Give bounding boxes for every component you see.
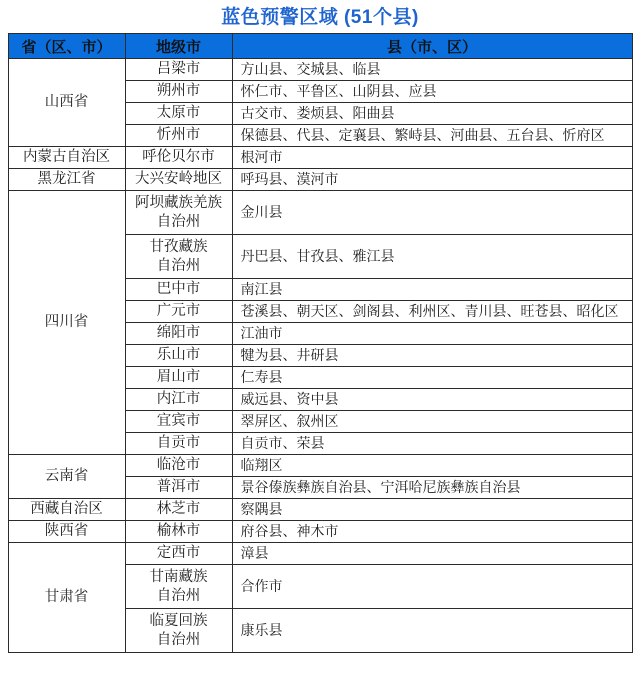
province-cell: 内蒙古自治区 <box>8 147 125 169</box>
province-cell: 西藏自治区 <box>8 499 125 521</box>
counties-cell: 威远县、资中县 <box>232 389 632 411</box>
province-cell: 山西省 <box>8 59 125 147</box>
counties-cell: 南江县 <box>232 279 632 301</box>
city-cell: 眉山市 <box>125 367 232 389</box>
city-cell: 甘孜藏族 自治州 <box>125 235 232 279</box>
city-cell: 绵阳市 <box>125 323 232 345</box>
counties-cell: 察隅县 <box>232 499 632 521</box>
city-cell: 定西市 <box>125 543 232 565</box>
city-cell: 林芝市 <box>125 499 232 521</box>
counties-cell: 犍为县、井研县 <box>232 345 632 367</box>
city-cell: 内江市 <box>125 389 232 411</box>
counties-cell: 古交市、娄烦县、阳曲县 <box>232 103 632 125</box>
counties-cell: 保德县、代县、定襄县、繁峙县、河曲县、五台县、忻府区 <box>232 125 632 147</box>
counties-cell: 康乐县 <box>232 609 632 653</box>
counties-cell: 江油市 <box>232 323 632 345</box>
province-cell: 黑龙江省 <box>8 169 125 191</box>
city-cell: 呼伦贝尔市 <box>125 147 232 169</box>
warning-table: 省（区、市） 地级市 县（市、区） 山西省吕梁市方山县、交城县、临县朔州市怀仁市… <box>8 33 633 653</box>
table-row: 甘肃省定西市漳县 <box>8 543 632 565</box>
province-cell: 陕西省 <box>8 521 125 543</box>
city-cell: 朔州市 <box>125 81 232 103</box>
counties-cell: 呼玛县、漠河市 <box>232 169 632 191</box>
table-row: 山西省吕梁市方山县、交城县、临县 <box>8 59 632 81</box>
table-row: 陕西省榆林市府谷县、神木市 <box>8 521 632 543</box>
city-cell: 太原市 <box>125 103 232 125</box>
city-cell: 临沧市 <box>125 455 232 477</box>
city-cell: 甘南藏族 自治州 <box>125 565 232 609</box>
header-cell-counties: 县（市、区） <box>232 34 632 59</box>
counties-cell: 景谷傣族彝族自治县、宁洱哈尼族彝族自治县 <box>232 477 632 499</box>
counties-cell: 方山县、交城县、临县 <box>232 59 632 81</box>
table-row: 黑龙江省大兴安岭地区呼玛县、漠河市 <box>8 169 632 191</box>
city-cell: 自贡市 <box>125 433 232 455</box>
city-cell: 大兴安岭地区 <box>125 169 232 191</box>
table-header-row: 省（区、市） 地级市 县（市、区） <box>8 34 632 59</box>
city-cell: 普洱市 <box>125 477 232 499</box>
table-row: 内蒙古自治区呼伦贝尔市根河市 <box>8 147 632 169</box>
city-cell: 宜宾市 <box>125 411 232 433</box>
city-cell: 忻州市 <box>125 125 232 147</box>
province-cell: 甘肃省 <box>8 543 125 653</box>
counties-cell: 怀仁市、平鲁区、山阴县、应县 <box>232 81 632 103</box>
city-cell: 榆林市 <box>125 521 232 543</box>
table-row: 四川省阿坝藏族羌族 自治州金川县 <box>8 191 632 235</box>
province-cell: 云南省 <box>8 455 125 499</box>
city-cell: 吕梁市 <box>125 59 232 81</box>
counties-cell: 合作市 <box>232 565 632 609</box>
city-cell: 巴中市 <box>125 279 232 301</box>
city-cell: 广元市 <box>125 301 232 323</box>
counties-cell: 金川县 <box>232 191 632 235</box>
table-body: 山西省吕梁市方山县、交城县、临县朔州市怀仁市、平鲁区、山阴县、应县太原市古交市、… <box>8 59 632 653</box>
counties-cell: 临翔区 <box>232 455 632 477</box>
counties-cell: 根河市 <box>232 147 632 169</box>
header-cell-city: 地级市 <box>125 34 232 59</box>
counties-cell: 仁寿县 <box>232 367 632 389</box>
counties-cell: 丹巴县、甘孜县、雅江县 <box>232 235 632 279</box>
city-cell: 乐山市 <box>125 345 232 367</box>
counties-cell: 府谷县、神木市 <box>232 521 632 543</box>
counties-cell: 翠屏区、叙州区 <box>232 411 632 433</box>
counties-cell: 苍溪县、朝天区、剑阁县、利州区、青川县、旺苍县、昭化区 <box>232 301 632 323</box>
city-cell: 临夏回族 自治州 <box>125 609 232 653</box>
table-row: 西藏自治区林芝市察隅县 <box>8 499 632 521</box>
city-cell: 阿坝藏族羌族 自治州 <box>125 191 232 235</box>
table-row: 云南省临沧市临翔区 <box>8 455 632 477</box>
header-cell-province: 省（区、市） <box>8 34 125 59</box>
counties-cell: 漳县 <box>232 543 632 565</box>
province-cell: 四川省 <box>8 191 125 455</box>
page-title: 蓝色预警区域 (51个县) <box>0 7 640 28</box>
counties-cell: 自贡市、荣县 <box>232 433 632 455</box>
